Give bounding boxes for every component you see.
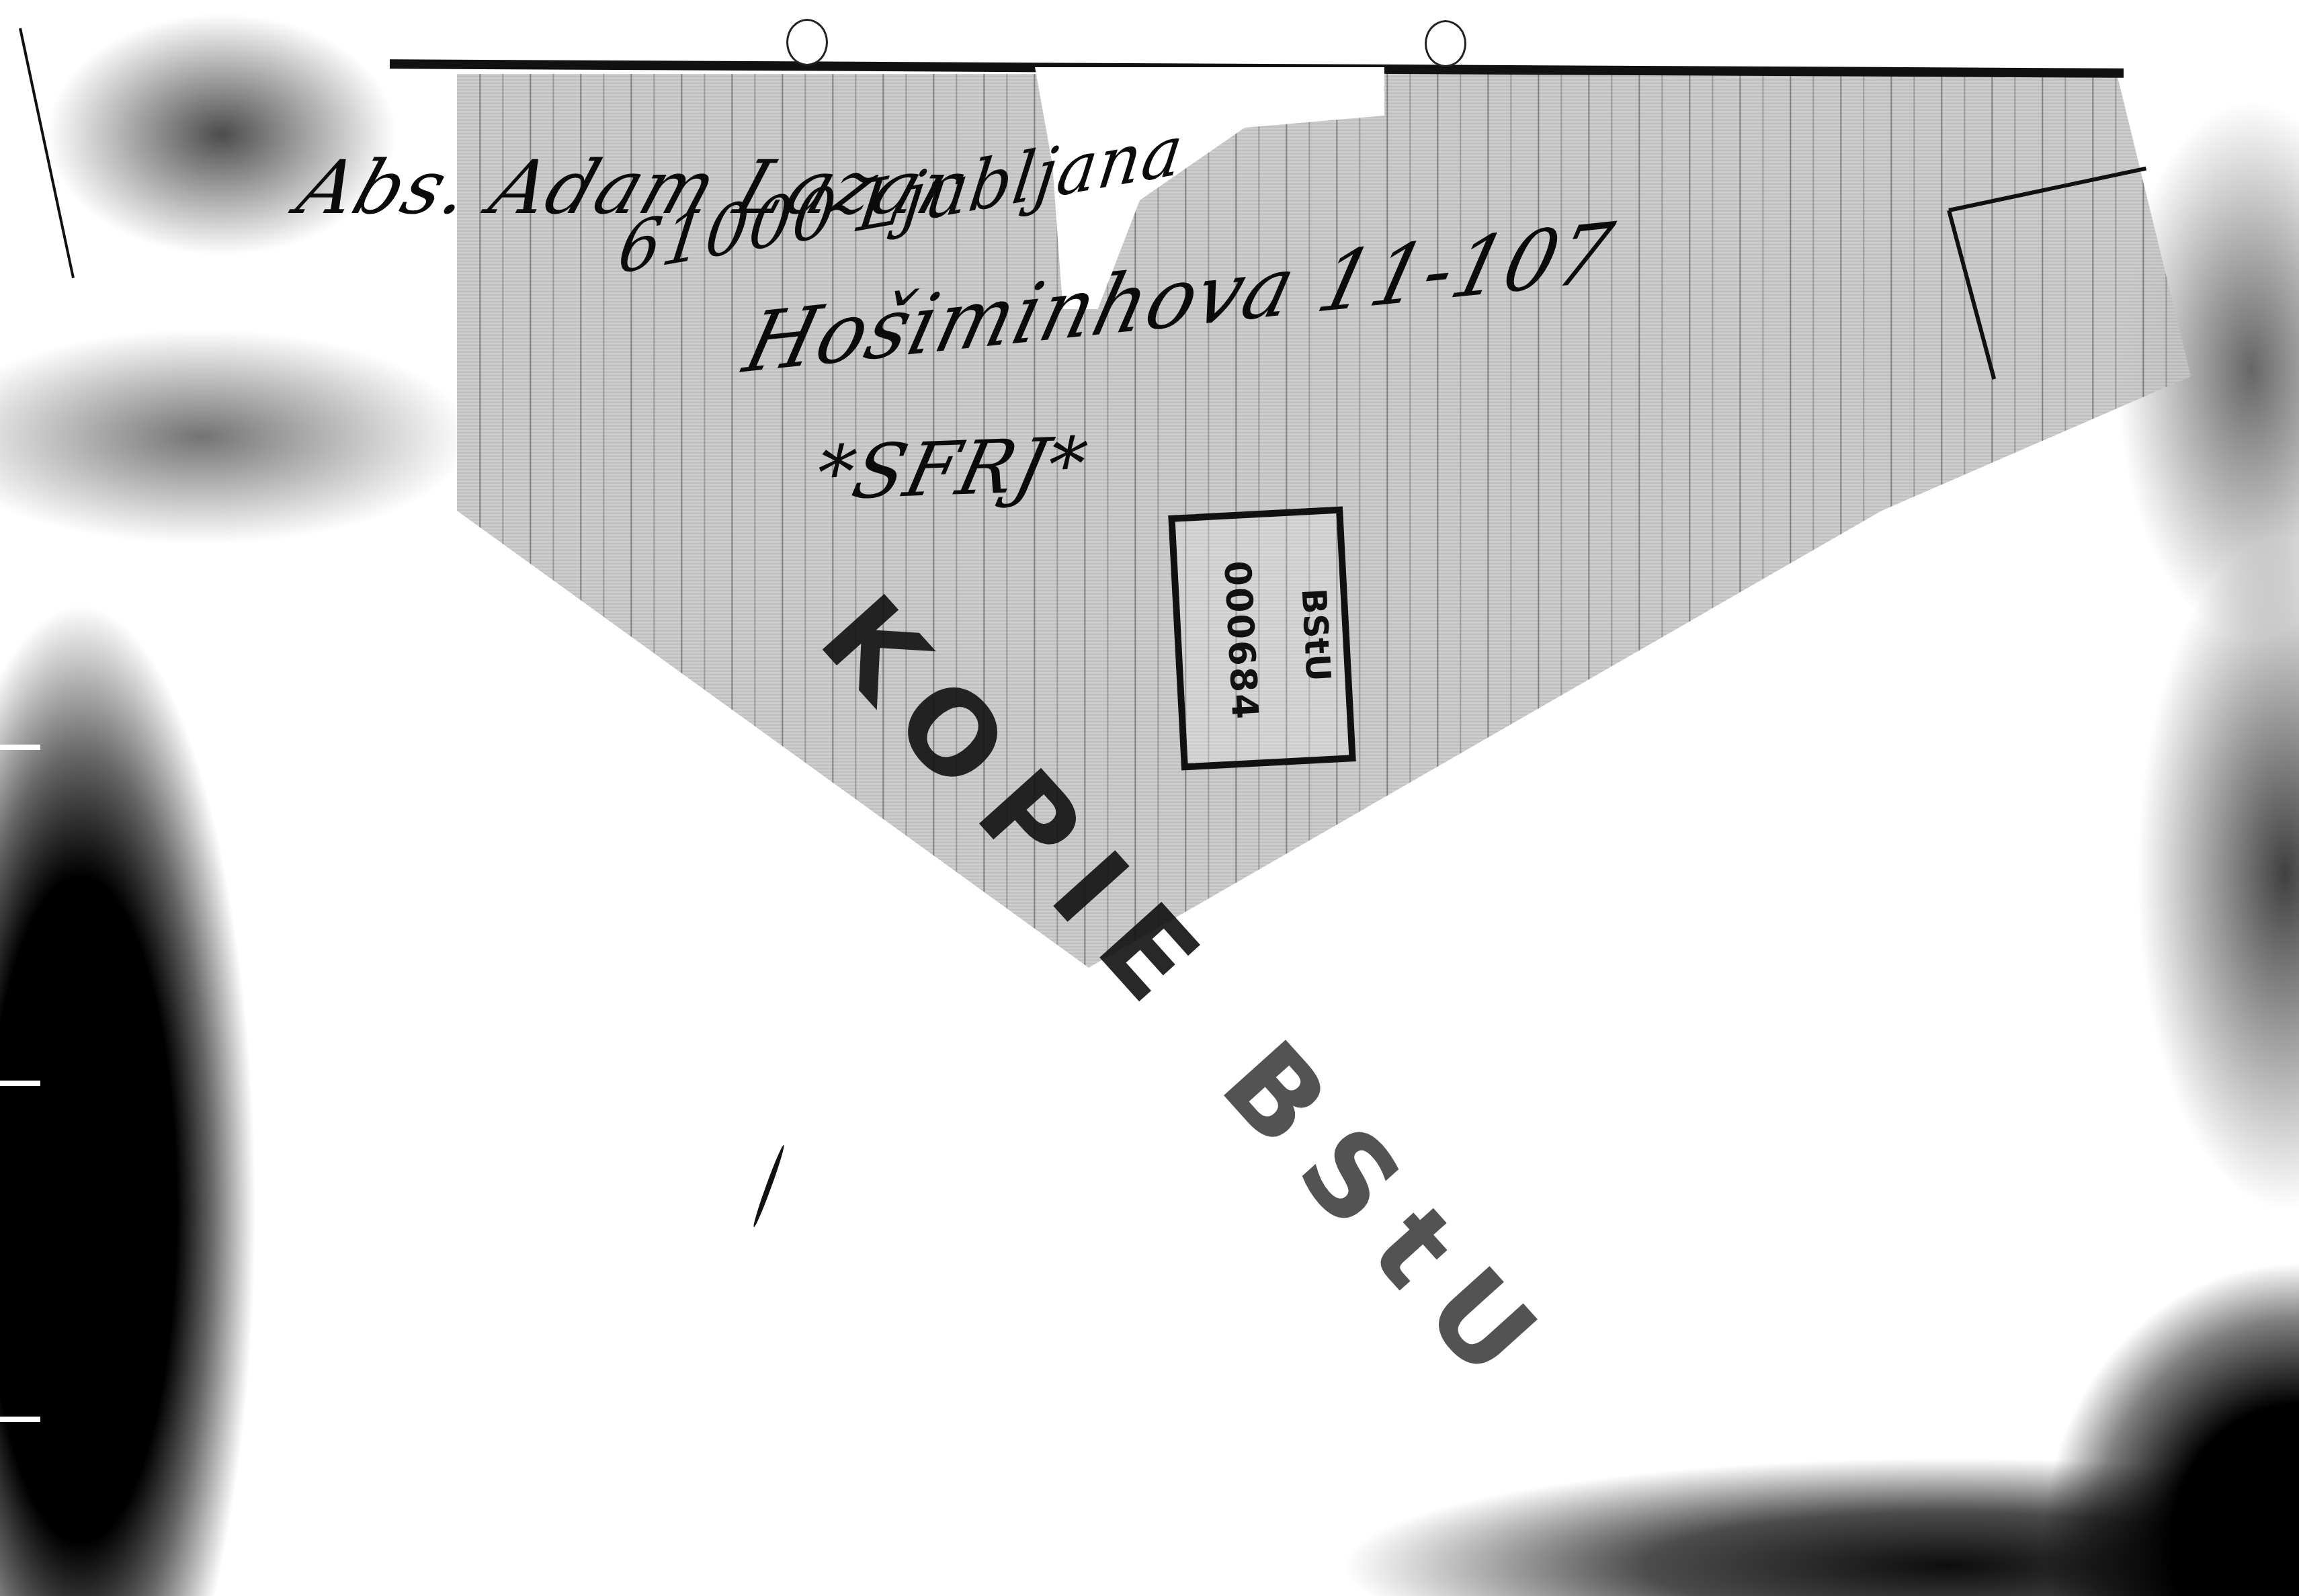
scanned-document: Abs. Adam Lazar 61000 Ljubljana Hošiminh… [0, 0, 2299, 1596]
binder-mark [0, 1417, 40, 1422]
binder-mark [0, 745, 40, 750]
pen-mark [751, 1144, 786, 1228]
handwritten-country: *SFRJ* [806, 421, 1095, 517]
copy-stamp-word-partial: BStU [1196, 1017, 1579, 1421]
binder-mark [0, 1081, 40, 1086]
archive-stamp-number: 000684 [1216, 560, 1266, 721]
archive-stamp-label: BStU [1294, 587, 1338, 682]
archive-stamp: BStU 000684 [1168, 506, 1356, 770]
punch-hole-right [1425, 20, 1466, 67]
punch-hole-left [786, 19, 828, 66]
tear-line [19, 28, 75, 279]
